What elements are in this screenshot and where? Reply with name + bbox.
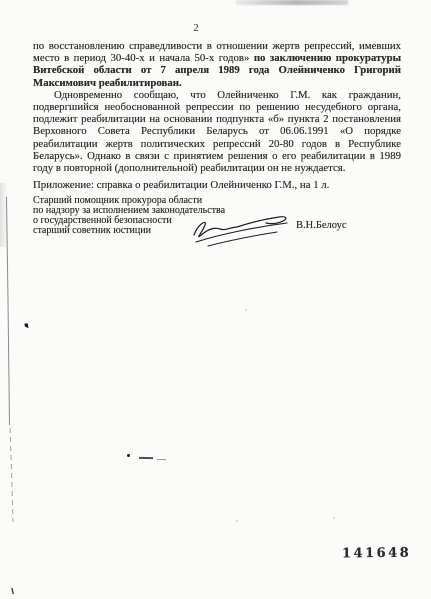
paper-edge-shading <box>0 183 8 247</box>
pencil-mark-dash <box>139 457 153 459</box>
paper-speck <box>245 309 247 311</box>
page-number: 2 <box>0 22 392 34</box>
paragraph-conclusion: по восстановлению справедливости в отнош… <box>33 40 401 89</box>
pencil-mark-dot <box>127 454 130 457</box>
ink-speck <box>24 323 30 329</box>
attachment-line: Приложение: справка о реабилитации Олейн… <box>33 179 401 191</box>
pencil-mark-dash-faint <box>157 458 166 460</box>
paper-speck <box>236 520 238 522</box>
scan-artifact-smudge <box>236 0 348 5</box>
paper-speck <box>333 517 335 519</box>
paragraph-notification: Одновременно сообщаю, что Олейниченко Г.… <box>33 89 401 174</box>
handwritten-signature <box>186 206 304 252</box>
scanned-document-page: 2 по восстановлению справедливости в отн… <box>0 0 431 599</box>
archive-stamp-number: 141648 <box>342 546 411 562</box>
signer-name: В.Н.Белоус <box>296 220 347 231</box>
